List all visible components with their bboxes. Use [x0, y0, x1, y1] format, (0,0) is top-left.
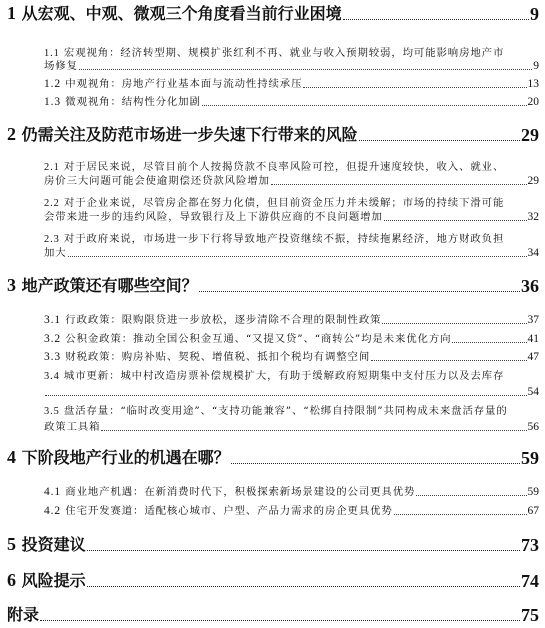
toc-entry-4-1[interactable]: 4.1 商业地产机遇：在新消费时代下，积极探索新场景建设的公司更具优势 59 [44, 485, 539, 499]
dot-leader [87, 571, 520, 591]
dot-leader [101, 420, 526, 434]
dot-leader [199, 276, 520, 296]
dot-leader [68, 246, 527, 260]
toc-heading-2[interactable]: 2 仍需关注及防范市场进一步失速下行带来的风险 29 [7, 125, 539, 145]
toc-entry-2-3-line1[interactable]: 2.3 对于政府来说，市场进一步下行将导致地产投资继续不振，持续拖累经济，地方财… [44, 232, 539, 246]
toc-heading-appendix[interactable]: 附录 75 [7, 605, 539, 625]
dot-leader [271, 174, 527, 188]
toc-entry-3-2[interactable]: 3.2 公积金政策：推动全国公积金互通、“又提又贷”、“商转公”均是未来优化方向… [44, 332, 539, 346]
toc-entry-2-1-line1[interactable]: 2.1 对于居民来说，尽管目前个人按揭贷款不良率风险可控，但提升速度较快，收入、… [44, 160, 539, 174]
dot-leader [394, 504, 527, 518]
toc-heading-4[interactable]: 4 下阶段地产行业的机遇在哪？ 59 [7, 448, 539, 468]
toc-heading-1[interactable]: 1 从宏观、中观、微观三个角度看当前行业困境 9 [7, 4, 539, 24]
page-number: 9 [530, 4, 539, 24]
dot-leader [371, 350, 526, 364]
toc-entry-2-2[interactable]: 会带来进一步的违约风险，导致银行及上下游供应商的不良问题增加 32 [44, 210, 539, 224]
toc-entry-2-1[interactable]: 房价三大问题可能会使逾期偿还贷款风险增加 29 [44, 174, 539, 188]
dot-leader [416, 485, 526, 499]
toc-entry-4-2[interactable]: 4.2 住宅开发赛道：适配核心城市、户型、产品力需求的房企更具优势 67 [44, 504, 539, 518]
dot-leader [303, 77, 526, 91]
dot-leader [87, 535, 520, 555]
dot-leader [359, 125, 520, 145]
dot-leader [79, 59, 532, 73]
section-title: 从宏观、中观、微观三个角度看当前行业困境 [22, 4, 342, 23]
toc-heading-5[interactable]: 5 投资建议 73 [7, 535, 539, 555]
toc-entry-1-3[interactable]: 1.3 微观视角：结构性分化加剧 20 [44, 95, 539, 109]
toc-entry-1-1[interactable]: 场修复 9 [44, 59, 539, 73]
dot-leader [343, 4, 529, 24]
dot-leader [202, 95, 527, 109]
section-number: 1 [7, 3, 16, 23]
toc-heading-3[interactable]: 3 地产政策还有哪些空间？ 36 [7, 276, 539, 296]
toc-heading-6[interactable]: 6 风险提示 74 [7, 571, 539, 591]
dot-leader [382, 313, 526, 327]
toc-entry-2-3[interactable]: 加大 34 [44, 246, 539, 260]
toc-entry-3-5-line1[interactable]: 3.5 盘活存量：“临时改变用途”、“支持功能兼容”、“松绑自持限制”共同构成未… [44, 404, 539, 418]
toc-entry-3-3[interactable]: 3.3 财税政策：购房补贴、契税、增值税、抵扣个税均有调整空间 47 [44, 350, 539, 364]
dot-leader [452, 332, 526, 346]
toc-entry-3-4-line1[interactable]: 3.4 城市更新：城中村改造房票补偿规模扩大，有助于缓解政府短期集中支付压力以及… [44, 369, 539, 383]
dot-leader [40, 605, 520, 625]
toc-entry-3-5[interactable]: 政策工具箱 56 [44, 420, 539, 434]
toc-entry-1-2[interactable]: 1.2 中观视角：房地产行业基本面与流动性持续承压 13 [44, 77, 539, 91]
toc-entry-1-1-line1[interactable]: 1.1 宏观视角：经济转型期、规模扩张红利不再、就业与收入预期较弱，均可能影响房… [44, 46, 539, 60]
toc-entry-3-4[interactable]: 54 [44, 385, 539, 399]
toc-entry-3-1[interactable]: 3.1 行政政策：限购限贷进一步放松，逐步清除不合理的限制性政策 37 [44, 313, 539, 327]
dot-leader [384, 210, 527, 224]
dot-leader [45, 385, 527, 399]
dot-leader [231, 448, 520, 468]
toc-entry-2-2-line1[interactable]: 2.2 对于企业来说，尽管房企都在努力化债，但目前资金压力并未缓解；市场的持续下… [44, 196, 539, 210]
